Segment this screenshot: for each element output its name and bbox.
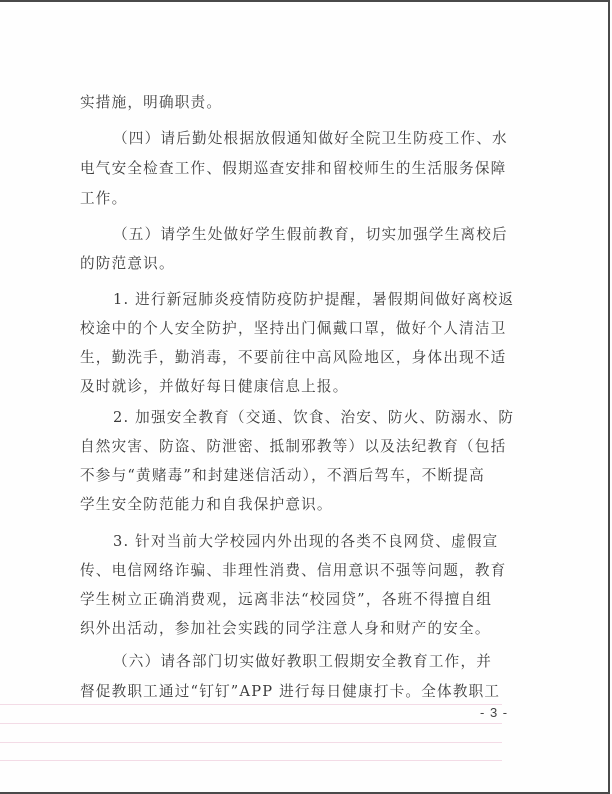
text-line: 校途中的个人安全防护，坚持出门佩戴口罩，做好个人清洁卫 — [80, 320, 520, 338]
text-line: （四）请后勤处根据放假通知做好全院卫生防疫工作、水 — [113, 130, 553, 148]
text-line: 生，勤洗手，勤消毒，不要前往中高风险地区，身体出现不适 — [80, 349, 520, 367]
ruled-line — [0, 704, 502, 705]
ruled-line — [0, 742, 502, 743]
text-line: 工作。 — [80, 190, 520, 208]
text-line: 自然灾害、防盗、防泄密、抵制邪教等）以及法纪教育（包括 — [80, 438, 520, 456]
text-line: 实措施，明确职责。 — [80, 94, 520, 112]
text-line: （五）请学生处做好学生假前教育，切实加强学生离校后 — [113, 226, 553, 244]
text-line: 1. 进行新冠肺炎疫情防疫防护提醒，暑假期间做好离校返 — [113, 291, 553, 309]
text-line: 督促教职工通过“钉钉”APP 进行每日健康打卡。全体教职工 — [80, 683, 520, 701]
text-line: 2. 加强安全教育（交通、饮食、治安、防火、防溺水、防 — [113, 409, 553, 427]
text-line: 及时就诊，并做好每日健康信息上报。 — [80, 378, 520, 396]
ruled-line — [0, 723, 502, 724]
text-line: 传、电信网络诈骗、非理性消费、信用意识不强等问题，教育 — [80, 562, 520, 580]
text-line: （六）请各部门切实做好教职工假期安全教育工作，并 — [113, 653, 553, 671]
ruled-line — [0, 760, 502, 761]
page-number: - 3 - — [480, 705, 508, 720]
text-line: 的防范意识。 — [80, 255, 520, 273]
text-line: 学生安全防范能力和自我保护意识。 — [80, 496, 520, 514]
text-line: 不参与“黄赌毒”和封建迷信活动），不酒后驾车，不断提高 — [80, 467, 520, 485]
document-page: 实措施，明确职责。（四）请后勤处根据放假通知做好全院卫生防疫工作、水电气安全检查… — [0, 0, 610, 794]
text-line: 织外出活动，参加社会实践的同学注意人身和财产的安全。 — [80, 620, 520, 638]
text-line: 3. 针对当前大学校园内外出现的各类不良网贷、虚假宣 — [113, 533, 553, 551]
text-line: 学生树立正确消费观，远离非法“校园贷”，各班不得擅自组 — [80, 591, 520, 609]
text-line: 电气安全检查工作、假期巡查安排和留校师生的生活服务保障 — [80, 160, 520, 178]
